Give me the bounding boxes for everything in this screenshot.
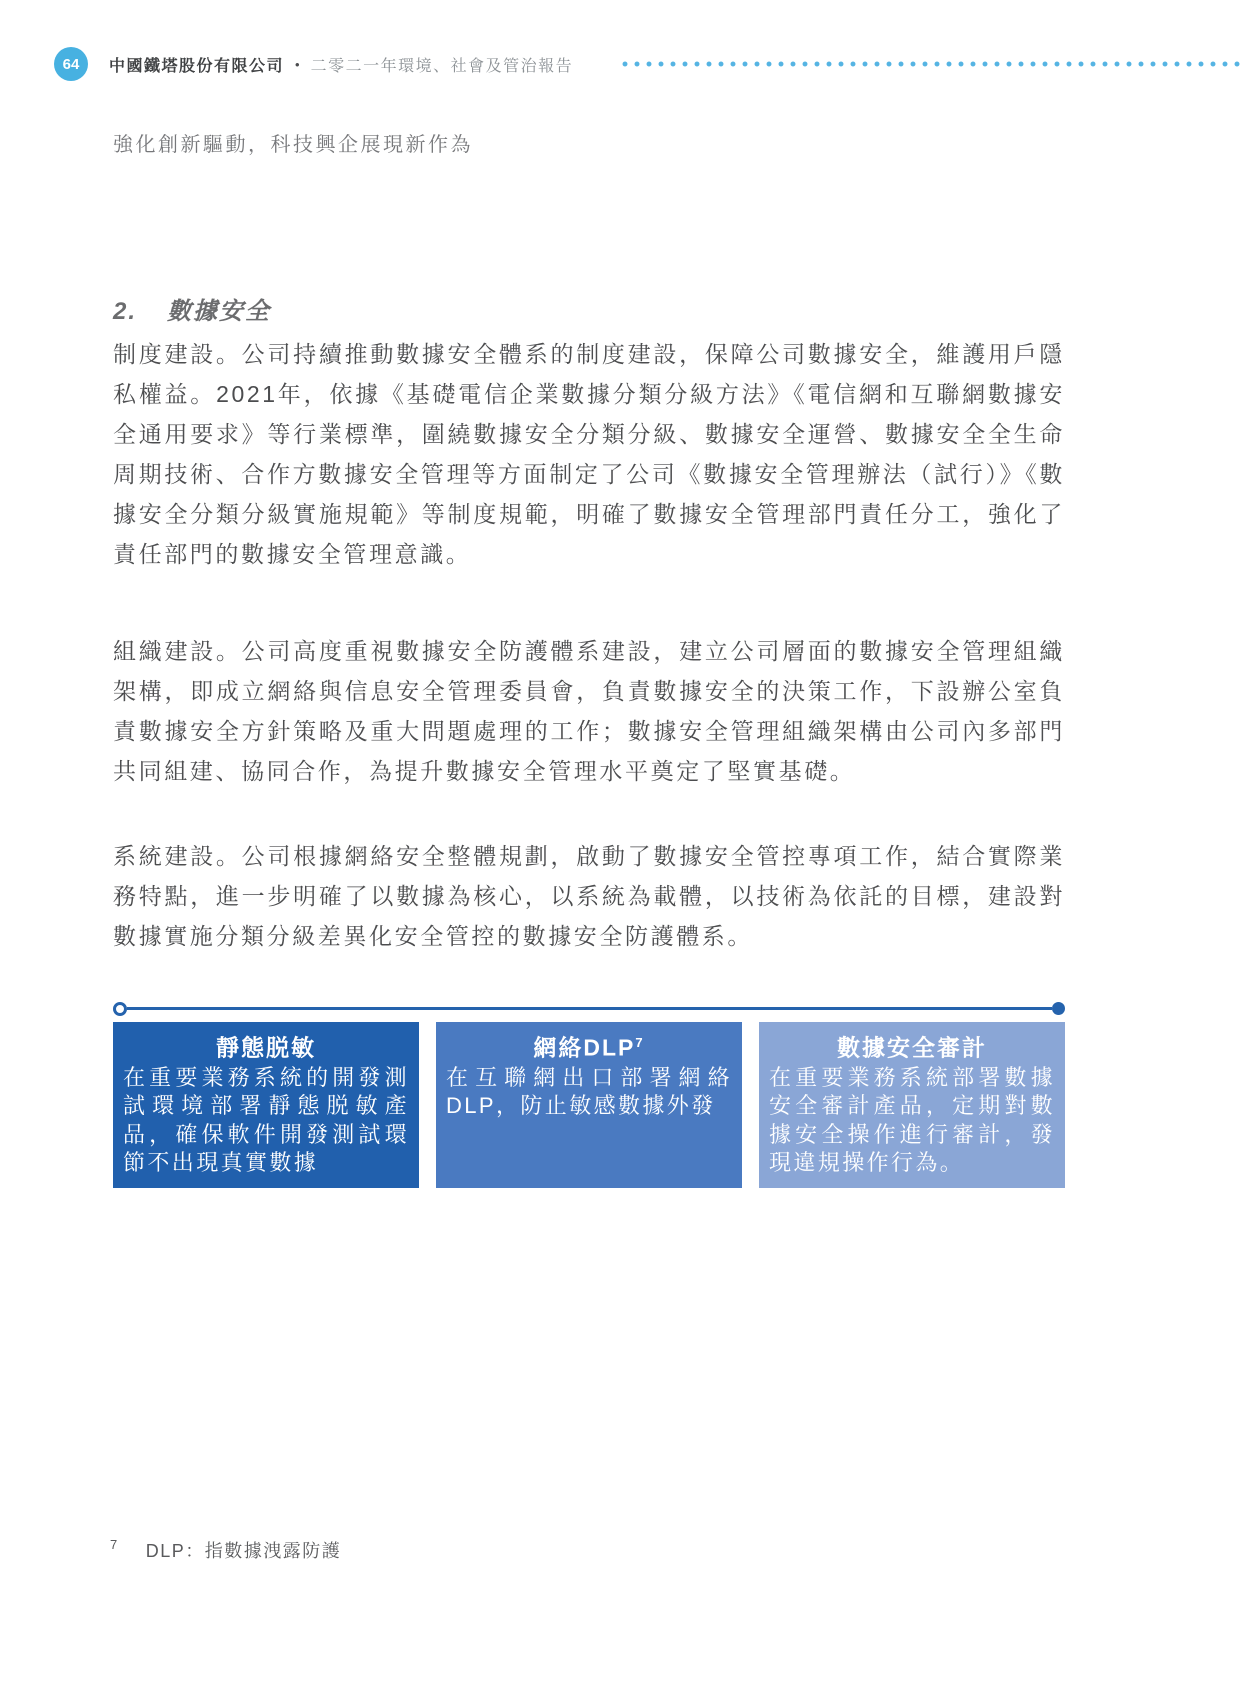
paragraph-organization-building: 組織建設。公司高度重視數據安全防護體系建設，建立公司層面的數據安全管理組織架構，… [113,631,1065,791]
section-title-text: 數據安全 [167,291,271,326]
card-static-data-masking: 靜態脱敏 在重要業務系統的開發測試環境部署靜態脱敏產品，確保軟件開發測試環節不出… [113,1022,419,1188]
section-number: 2. [113,298,137,326]
divider-line [127,1007,1052,1010]
footnote-text: DLP：指數據洩露防護 [146,1541,342,1561]
card-title: 網絡DLP7 [446,1027,732,1064]
page-number-badge: 64 [54,47,88,81]
card-body-text: 在重要業務系統部署數據安全審計產品，定期對數據安全操作進行審計，發現違規操作行為… [769,1064,1055,1178]
page-header: 64 中國鐵塔股份有限公司 • 二零二一年環境、社會及管治報告 [54,47,1240,81]
paragraph-institution-building: 制度建設。公司持續推動數據安全體系的制度建設，保障公司數據安全，維護用戶隱私權益… [113,334,1065,574]
divider-end-dot-icon [1052,1002,1065,1015]
report-title: 二零二一年環境、社會及管治報告 [311,53,574,76]
section-heading: 2. 數據安全 [113,291,271,326]
report-page: 64 中國鐵塔股份有限公司 • 二零二一年環境、社會及管治報告 強化創新驅動，科… [0,0,1240,1682]
dotted-line-decoration [619,61,1240,67]
security-measure-cards: 靜態脱敏 在重要業務系統的開發測試環境部署靜態脱敏產品，確保軟件開發測試環節不出… [113,1022,1065,1188]
chapter-subtitle: 強化創新驅動，科技興企展現新作為 [113,128,473,157]
footnote-marker: 7 [110,1537,119,1552]
card-title: 數據安全審計 [769,1027,1055,1064]
company-name: 中國鐵塔股份有限公司 [109,53,284,76]
header-separator-bullet: • [295,57,300,72]
card-body-text: 在重要業務系統的開發測試環境部署靜態脱敏產品，確保軟件開發測試環節不出現真實數據 [123,1064,409,1178]
card-title-superscript: 7 [635,1035,644,1050]
footnote: 7DLP：指數據洩露防護 [110,1537,341,1563]
timeline-divider [113,1001,1065,1016]
card-body-text: 在互聯網出口部署網絡DLP，防止敏感數據外發 [446,1064,732,1121]
paragraph-system-building: 系統建設。公司根據網絡安全整體規劃，啟動了數據安全管控專項工作，結合實際業務特點… [113,836,1065,956]
card-network-dlp: 網絡DLP7 在互聯網出口部署網絡DLP，防止敏感數據外發 [436,1022,742,1188]
card-title: 靜態脱敏 [123,1027,409,1064]
card-data-security-audit: 數據安全審計 在重要業務系統部署數據安全審計產品，定期對數據安全操作進行審計，發… [759,1022,1065,1188]
divider-start-ring-icon [113,1002,127,1016]
